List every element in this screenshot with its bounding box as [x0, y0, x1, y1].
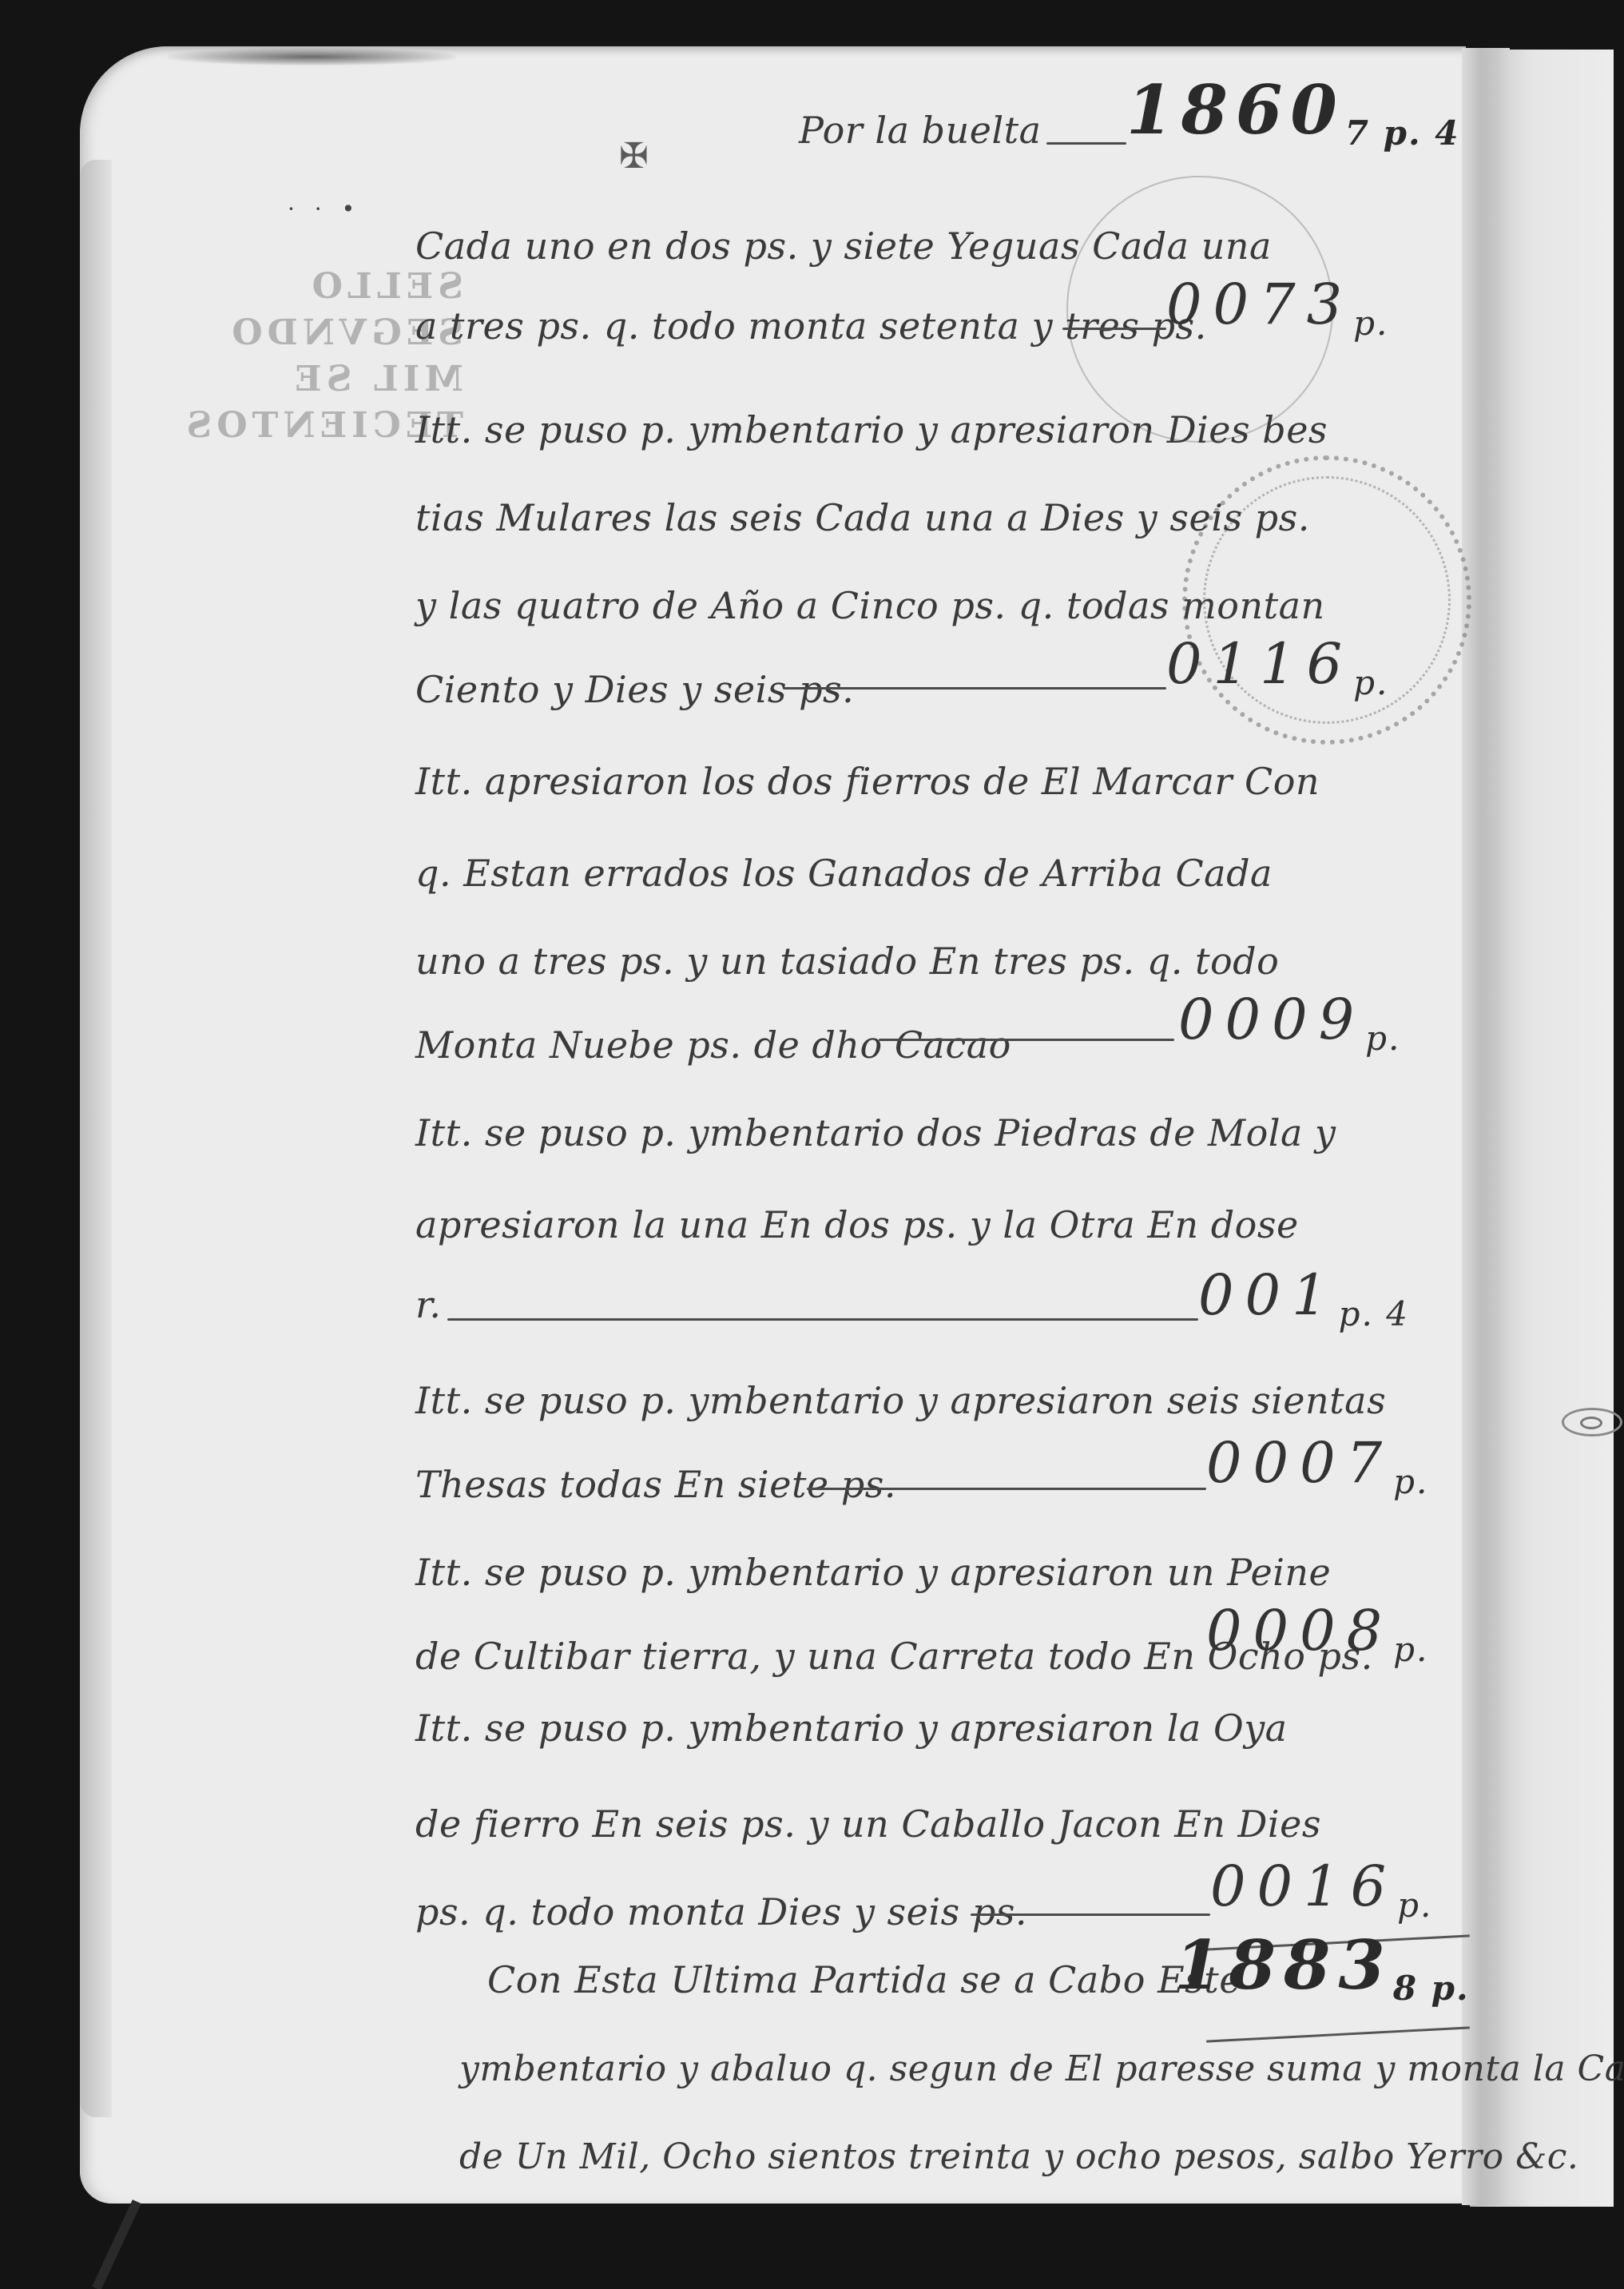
- line-text: Itt. se puso p. ymbentario y apresiaron …: [415, 408, 1328, 451]
- amount-value: 0116: [1166, 631, 1353, 697]
- entry-line: a tres ps. q. todo monta setenta y tres …: [415, 276, 1207, 348]
- entry-line: ps. q. todo monta Dies y seis ps.: [415, 1862, 1027, 1933]
- amount-unit: 7 p. 4: [1345, 113, 1460, 153]
- entry-line: y las quatro de Año a Cinco ps. q. todas…: [415, 555, 1325, 627]
- entry-line: Itt. apresiaron los dos fierros de El Ma…: [415, 731, 1320, 803]
- line-text: r.: [415, 1283, 442, 1326]
- line-text: Itt. se puso p. ymbentario y apresiaron …: [415, 1551, 1331, 1594]
- line-text: y las quatro de Año a Cinco ps. q. todas…: [415, 584, 1325, 627]
- line-text: ymbentario y abaluo q. segun de El pares…: [459, 2049, 1624, 2089]
- line-text: tias Mulares las seis Cada una a Dies y …: [415, 496, 1310, 539]
- leader-line: [807, 1488, 1206, 1490]
- leader-line: [1046, 142, 1126, 145]
- entry-amount: 001p. 4: [1198, 1262, 1409, 1333]
- leader-line: [447, 1318, 1198, 1321]
- amount-value: 0073: [1166, 272, 1353, 337]
- entry-line: Itt. se puso p. ymbentario y apresiaron …: [415, 1350, 1386, 1422]
- carry-amount: 18607 p. 4: [1126, 70, 1459, 153]
- line-text: ps. q. todo monta Dies y seis ps.: [415, 1890, 1027, 1933]
- amount-value: 0009: [1178, 987, 1365, 1052]
- amount-value: 0016: [1210, 1854, 1397, 1919]
- amount-value: 1860: [1126, 70, 1345, 149]
- entry-line: q. Estan errados los Ganados de Arriba C…: [415, 823, 1273, 895]
- entry-amount: 0073p.: [1166, 272, 1388, 343]
- entry-line: Itt. se puso p. ymbentario y apresiaron …: [415, 1678, 1288, 1750]
- amount-value: 0007: [1206, 1430, 1393, 1496]
- line-text: Itt. se puso p. ymbentario y apresiaron …: [415, 1379, 1386, 1422]
- entry-line: Cada uno en dos ps. y siete Yeguas Cada …: [415, 196, 1272, 268]
- total-amount: 18838 p.: [1174, 1925, 1470, 2008]
- entry-line: Itt. se puso p. ymbentario y apresiaron …: [415, 380, 1328, 451]
- entry-line: apresiaron la una En dos ps. y la Otra E…: [415, 1174, 1299, 1246]
- entry-line: tias Mulares las seis Cada una a Dies y …: [415, 467, 1310, 539]
- entry-amount: 0116p.: [1166, 631, 1388, 702]
- line-text: uno a tres ps. y un tasiado En tres ps. …: [415, 940, 1279, 983]
- amount-unit: 8 p.: [1393, 1969, 1470, 2008]
- line-text: Itt. apresiaron los dos fierros de El Ma…: [415, 760, 1320, 803]
- leader-line: [879, 1039, 1174, 1041]
- amount-unit: p.: [1397, 1886, 1432, 1925]
- line-text: Thesas todas En siete ps.: [415, 1463, 896, 1506]
- amount-unit: p.: [1393, 1462, 1428, 1501]
- amount-value: 001: [1198, 1262, 1339, 1328]
- carry-label-text: Por la buelta: [799, 109, 1042, 152]
- amount-unit: p.: [1393, 1630, 1428, 1669]
- amount-value: 0008: [1206, 1598, 1393, 1663]
- line-text: q. Estan errados los Ganados de Arriba C…: [415, 852, 1273, 895]
- entry-line: Thesas todas En siete ps.: [415, 1434, 896, 1506]
- closing-line: Con Esta Ultima Partida se a Cabo Este: [487, 1929, 1241, 2001]
- entry-line: de fierro En seis ps. y un Caballo Jacon…: [415, 1774, 1321, 1846]
- line-text: apresiaron la una En dos ps. y la Otra E…: [415, 1203, 1299, 1246]
- line-text: Cada uno en dos ps. y siete Yeguas Cada …: [415, 225, 1272, 268]
- carry-label: Por la buelta: [799, 80, 1042, 152]
- line-text: Con Esta Ultima Partida se a Cabo Este: [487, 1958, 1241, 2001]
- entry-amount: 0016p.: [1210, 1854, 1432, 1925]
- ledger-text: Por la buelta 18607 p. 4 Cada uno en dos…: [0, 0, 1624, 2289]
- entry-amount: 0008p.: [1206, 1598, 1428, 1669]
- line-text: Itt. se puso p. ymbentario dos Piedras d…: [415, 1111, 1336, 1154]
- line-text: Itt. se puso p. ymbentario y apresiaron …: [415, 1707, 1288, 1750]
- line-text: de fierro En seis ps. y un Caballo Jacon…: [415, 1802, 1321, 1846]
- line-text: a tres ps. q. todo monta setenta y tres …: [415, 304, 1207, 348]
- line-text: de Un Mil, Ocho sientos treinta y ocho p…: [459, 2136, 1578, 2177]
- line-text: Ciento y Dies y seis ps.: [415, 668, 854, 711]
- closing-line: de Un Mil, Ocho sientos treinta y ocho p…: [459, 2105, 1578, 2177]
- entry-line: Monta Nuebe ps. de dho Cacao: [415, 995, 1011, 1067]
- entry-line: Ciento y Dies y seis ps.: [415, 639, 854, 711]
- entry-line: Itt. se puso p. ymbentario dos Piedras d…: [415, 1083, 1336, 1154]
- entry-line: r.: [415, 1254, 442, 1326]
- amount-unit: p.: [1365, 1019, 1400, 1058]
- amount-value: 1883: [1174, 1925, 1393, 2005]
- line-text: Monta Nuebe ps. de dho Cacao: [415, 1023, 1011, 1067]
- entry-amount: 0007p.: [1206, 1430, 1428, 1501]
- amount-unit: p.: [1353, 304, 1388, 343]
- entry-line: Itt. se puso p. ymbentario y apresiaron …: [415, 1522, 1331, 1594]
- entry-amount: 0009p.: [1178, 987, 1400, 1058]
- leader-line: [1062, 328, 1166, 330]
- entry-line: uno a tres ps. y un tasiado En tres ps. …: [415, 911, 1279, 983]
- leader-line: [783, 687, 1166, 689]
- amount-unit: p. 4: [1339, 1294, 1409, 1333]
- closing-line: ymbentario y abaluo q. segun de El pares…: [459, 2017, 1624, 2089]
- amount-unit: p.: [1353, 663, 1388, 702]
- leader-line: [971, 1913, 1210, 1916]
